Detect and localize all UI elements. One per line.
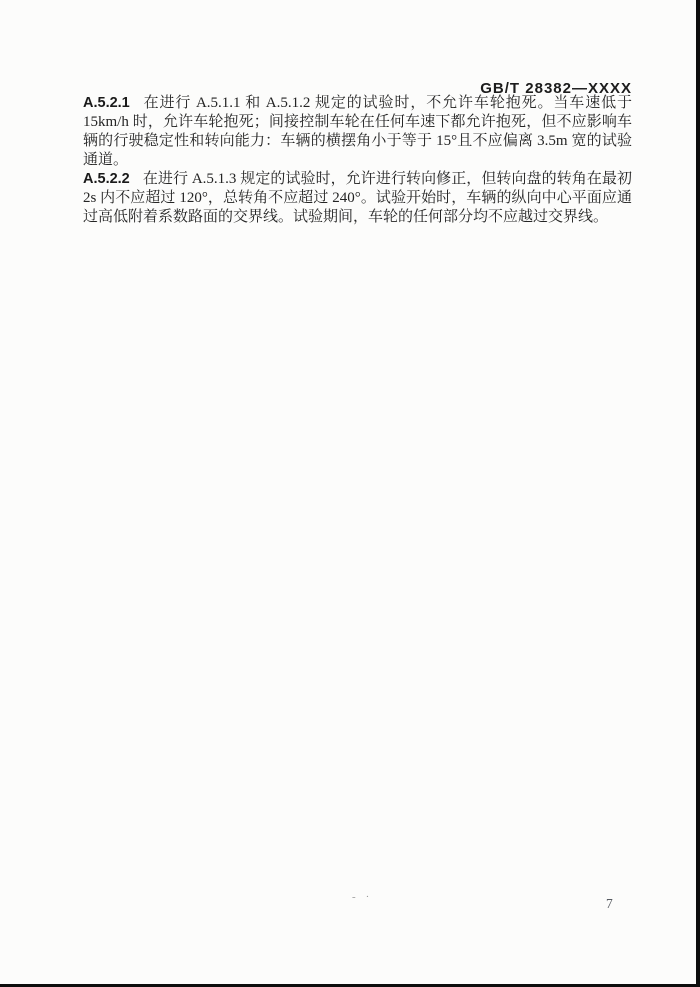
document-body: A.5.2.1在进行 A.5.1.1 和 A.5.1.2 规定的试验时，不允许车… [83,94,632,227]
clause-number: A.5.2.2 [83,171,130,187]
page-number: 7 [606,896,613,912]
clause-text: 在进行 A.5.1.1 和 A.5.1.2 规定的试验时，不允许车轮抱死。当车速… [83,95,632,168]
clause-a-5-2-1: A.5.2.1在进行 A.5.1.1 和 A.5.1.2 规定的试验时，不允许车… [83,94,632,170]
scanned-document-page: GB/T 28382—XXXX A.5.2.1在进行 A.5.1.1 和 A.5… [0,0,700,987]
clause-number: A.5.2.1 [83,95,130,111]
footer-dash-mark: - [352,892,356,903]
scan-border-right [696,0,700,987]
footer-scan-artifacts: -· [352,892,369,903]
clause-a-5-2-2: A.5.2.2在进行 A.5.1.3 规定的试验时，允许进行转向修正，但转向盘的… [83,170,632,227]
clause-text: 在进行 A.5.1.3 规定的试验时，允许进行转向修正，但转向盘的转角在最初 2… [83,171,632,225]
footer-dot-mark: · [366,892,370,903]
